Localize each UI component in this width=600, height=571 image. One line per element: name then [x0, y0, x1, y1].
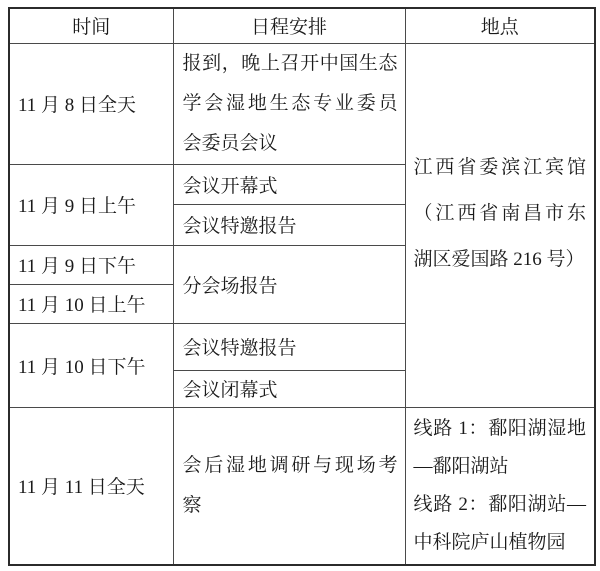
route-2: 线路 2：鄱阳湖站— 中科院庐山植物园 — [414, 486, 587, 562]
activity-cell-session-reports: 分会场报告 — [173, 245, 405, 323]
schedule-table: 时间 日程安排 地点 11 月 8 日全天 报到，晚上召开中国生态 学会湿地生态… — [8, 7, 596, 566]
text-line: 江西省委滨江宾馆 — [414, 145, 587, 191]
header-row: 时间 日程安排 地点 — [9, 8, 595, 43]
text-line: （江西省南昌市东 — [414, 191, 587, 237]
time-cell-nov11-all-day: 11 月 11 日全天 — [9, 407, 173, 565]
text-line: —鄱阳湖站 — [414, 448, 587, 486]
text-line: 会委员会议 — [183, 124, 398, 164]
header-cell-schedule: 日程安排 — [173, 8, 405, 43]
time-cell-nov9-afternoon: 11 月 9 日下午 — [9, 245, 173, 284]
header-cell-time: 时间 — [9, 8, 173, 43]
text-line: 线路 2：鄱阳湖站— — [414, 486, 587, 524]
table-row: 11 月 11 日全天 会后湿地调研与现场考 察 线路 1：鄱阳湖湿地 —鄱阳湖… — [9, 407, 595, 565]
time-cell-nov8-all-day: 11 月 8 日全天 — [9, 43, 173, 164]
route-1: 线路 1：鄱阳湖湿地 —鄱阳湖站 — [414, 410, 587, 486]
activity-cell-invited-reports-2: 会议特邀报告 — [173, 323, 405, 370]
document-page: 时间 日程安排 地点 11 月 8 日全天 报到，晚上召开中国生态 学会湿地生态… — [8, 7, 596, 566]
time-cell-nov9-morning: 11 月 9 日上午 — [9, 164, 173, 245]
text-line: 学会湿地生态专业委员 — [183, 84, 398, 124]
text-line: 察 — [183, 486, 398, 526]
header-cell-location: 地点 — [405, 8, 595, 43]
text-line: 报到，晚上召开中国生态 — [183, 44, 398, 84]
location-cell-routes: 线路 1：鄱阳湖湿地 —鄱阳湖站 线路 2：鄱阳湖站— 中科院庐山植物园 — [405, 407, 595, 565]
activity-cell-field-survey: 会后湿地调研与现场考 察 — [173, 407, 405, 565]
activity-cell-opening-ceremony: 会议开幕式 — [173, 164, 405, 204]
text-line: 会后湿地调研与现场考 — [183, 446, 398, 486]
time-cell-nov10-afternoon: 11 月 10 日下午 — [9, 323, 173, 407]
activity-cell-closing-ceremony: 会议闭幕式 — [173, 370, 405, 407]
location-cell-hotel: 江西省委滨江宾馆 （江西省南昌市东 湖区爱国路 216 号） — [405, 43, 595, 407]
text-line: 湖区爱国路 216 号） — [414, 237, 587, 283]
text-line: 中科院庐山植物园 — [414, 524, 587, 562]
time-cell-nov10-morning: 11 月 10 日上午 — [9, 284, 173, 323]
activity-cell-invited-reports-1: 会议特邀报告 — [173, 204, 405, 245]
text-line: 线路 1：鄱阳湖湿地 — [414, 410, 587, 448]
activity-cell-registration: 报到，晚上召开中国生态 学会湿地生态专业委员 会委员会议 — [173, 43, 405, 164]
table-row: 11 月 8 日全天 报到，晚上召开中国生态 学会湿地生态专业委员 会委员会议 … — [9, 43, 595, 164]
